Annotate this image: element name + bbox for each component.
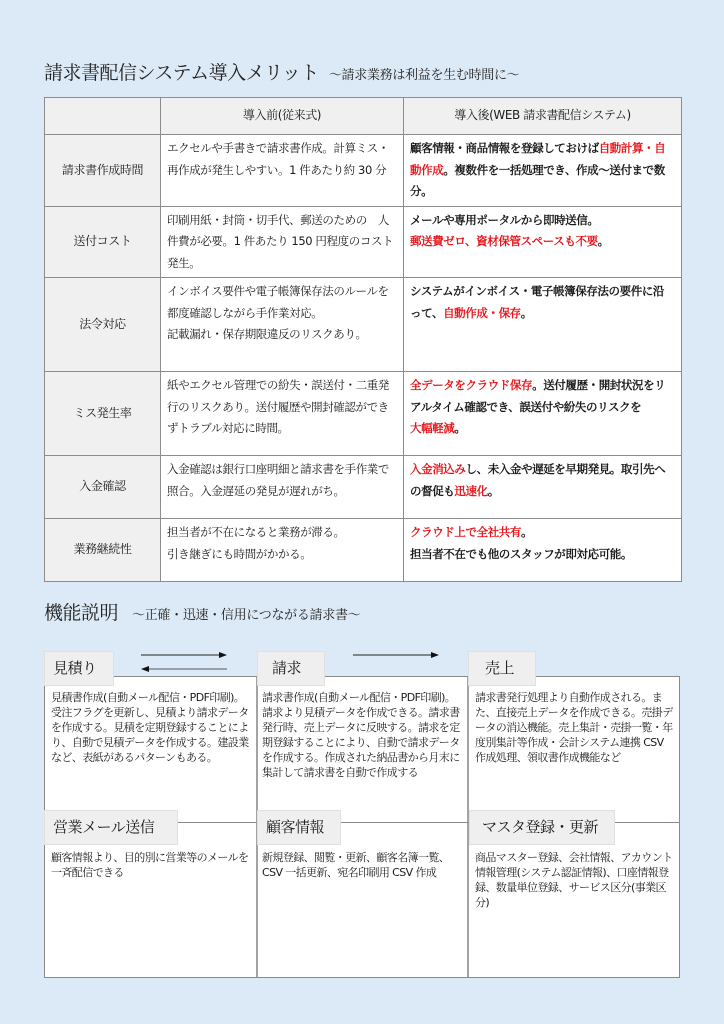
arrow-right-icon	[141, 650, 227, 660]
table-row: 送付コスト 印刷用紙・封筒・切手代、郵送のための 人件費が必要。1 件あたり 1…	[45, 206, 682, 278]
functions-title-text: 機能説明	[44, 602, 118, 624]
function-desc-invoice: 請求書作成(自動メール配信・PDF印刷)。請求より見積データを作成できる。請求書…	[262, 690, 462, 780]
functions-title: 機能説明～正確・迅速・信用につながる請求書～	[44, 598, 360, 625]
row-label: ミス発生率	[45, 372, 161, 456]
after-cell: クラウド上で全社共有。担当者不在でも他のスタッフが即対応可能。	[404, 519, 682, 582]
table-row: ミス発生率 紙やエクセル管理での紛失・誤送付・二重発行のリスクあり。送付履歴や開…	[45, 372, 682, 456]
text-segment: 。複数件を一括処理でき、作成～送付まで数分。	[410, 163, 665, 199]
function-label-customer-info: 顧客情報	[257, 810, 341, 845]
highlight-text: 迅速化	[454, 484, 487, 498]
merit-subtitle: ～請求業務は利益を生む時間に～	[329, 68, 520, 83]
table-row: 業務継続性 担当者が不在になると業務が滞る。引き継ぎにも時間がかかる。 クラウド…	[45, 519, 682, 582]
table-row: 請求書作成時間 エクセルや手書きで請求書作成。計算ミス・再作成が発生しやすい。1…	[45, 135, 682, 207]
after-cell: システムがインボイス・電子帳簿保存法の要件に沿って、自動作成・保存。	[404, 278, 682, 372]
before-cell: エクセルや手書きで請求書作成。計算ミス・再作成が発生しやすい。1 件あたり約 3…	[161, 135, 404, 207]
merit-title: 請求書配信システム導入メリット～請求業務は利益を生む時間に～	[44, 58, 519, 85]
arrow-left-icon	[141, 664, 227, 674]
functions-subtitle: ～正確・迅速・信用につながる請求書～	[132, 608, 360, 623]
header-after: 導入後(WEB 請求書配信システム)	[404, 98, 682, 135]
table-header-row: 導入前(従来式) 導入後(WEB 請求書配信システム)	[45, 98, 682, 135]
text-segment: 。	[521, 306, 532, 320]
function-label-sales-mail: 営業メール送信	[44, 810, 178, 845]
function-label-sales: 売上	[468, 651, 536, 686]
text-segment: 顧客情報・商品情報を登録しておけば	[410, 141, 599, 155]
function-label-estimate: 見積り	[44, 651, 114, 686]
function-label-invoice: 請求	[257, 651, 325, 686]
text-segment: 。	[488, 484, 499, 498]
header-blank-cell	[45, 98, 161, 135]
row-label: 請求書作成時間	[45, 135, 161, 207]
after-cell: メールや専用ポータルから即時送信。郵送費ゼロ、資材保管スペースも不要。	[404, 206, 682, 278]
row-label: 法令対応	[45, 278, 161, 372]
arrow-right-icon	[353, 650, 439, 660]
highlight-text: 大幅軽減	[410, 421, 454, 435]
highlight-text: 郵送費ゼロ、資材保管スペースも不要	[410, 234, 598, 248]
highlight-text: 入金消込み	[410, 462, 466, 476]
function-desc-sales: 請求書発行処理より自動作成される。また、直接売上データを作成できる。売掛データの…	[475, 690, 673, 765]
table-body: 請求書作成時間 エクセルや手書きで請求書作成。計算ミス・再作成が発生しやすい。1…	[45, 135, 682, 582]
after-cell: 入金消込みし、未入金や遅延を早期発見。取引先への督促も迅速化。	[404, 456, 682, 519]
function-desc-estimate: 見積書作成(自動メール配信・PDF印刷)。受注フラグを更新し、見積より請求データ…	[51, 690, 251, 765]
text-segment: 担当者不在でも他のスタッフが即対応可能。	[410, 547, 632, 561]
text-segment: 。	[454, 421, 465, 435]
merit-title-text: 請求書配信システム導入メリット	[44, 62, 319, 84]
function-desc-customer-info: 新規登録、閲覧・更新、顧客名簿一覧、CSV 一括更新、宛名印刷用 CSV 作成	[262, 850, 462, 880]
before-cell: 担当者が不在になると業務が滞る。引き継ぎにも時間がかかる。	[161, 519, 404, 582]
text-segment: 。	[598, 234, 609, 248]
table-row: 入金確認 入金確認は銀行口座明細と請求書を手作業で照合。入金遅延の発見が遅れがち…	[45, 456, 682, 519]
after-cell: 顧客情報・商品情報を登録しておけば自動計算・自動作成。複数件を一括処理でき、作成…	[404, 135, 682, 207]
function-desc-master: 商品マスター登録、会社情報、アカウント情報管理(システム認証情報)、口座情報登録…	[475, 850, 673, 910]
after-cell: 全データをクラウド保存。送付履歴・開封状況をリアルタイム確認でき、誤送付や紛失の…	[404, 372, 682, 456]
row-label: 入金確認	[45, 456, 161, 519]
row-label: 業務継続性	[45, 519, 161, 582]
table-row: 法令対応 インボイス要件や電子帳簿保存法のルールを都度確認しながら手作業対応。記…	[45, 278, 682, 372]
merit-comparison-table: 導入前(従来式) 導入後(WEB 請求書配信システム) 請求書作成時間 エクセル…	[44, 97, 682, 582]
highlight-text: 自動作成・保存	[443, 306, 521, 320]
function-desc-sales-mail: 顧客情報より、目的別に営業等のメールを一斉配信できる	[51, 850, 251, 880]
function-label-master: マスタ登録・更新	[469, 810, 615, 845]
before-cell: 紙やエクセル管理での紛失・誤送付・二重発行のリスクあり。送付履歴や開封確認ができ…	[161, 372, 404, 456]
text-segment: メールや専用ポータルから即時送信。	[410, 213, 598, 227]
before-cell: 印刷用紙・封筒・切手代、郵送のための 人件費が必要。1 件あたり 150 円程度…	[161, 206, 404, 278]
before-cell: 入金確認は銀行口座明細と請求書を手作業で照合。入金遅延の発見が遅れがち。	[161, 456, 404, 519]
before-cell: インボイス要件や電子帳簿保存法のルールを都度確認しながら手作業対応。記載漏れ・保…	[161, 278, 404, 372]
row-label: 送付コスト	[45, 206, 161, 278]
highlight-text: クラウド上で全社共有	[410, 525, 521, 539]
text-segment: 。	[521, 525, 532, 539]
highlight-text: 全データをクラウド保存	[410, 378, 532, 392]
header-before: 導入前(従来式)	[161, 98, 404, 135]
